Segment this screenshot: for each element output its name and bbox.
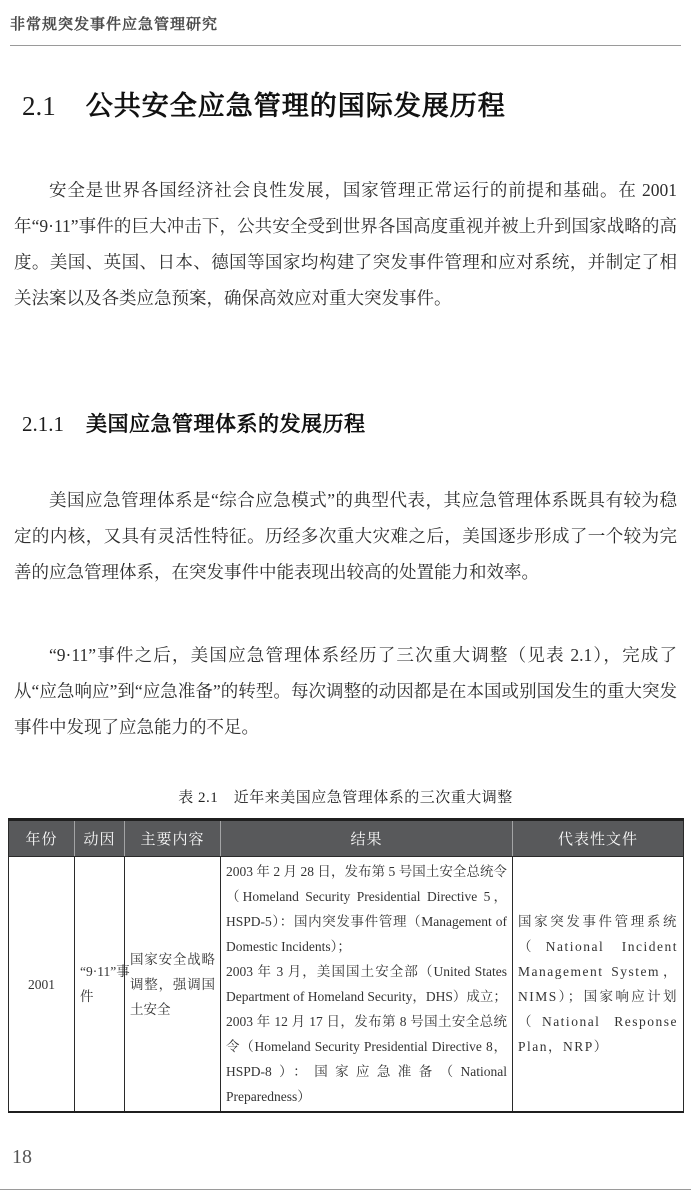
adjustments-table: 年份 动因 主要内容 结果 代表性文件 2001 “9·11”事件 国家安全战略… bbox=[8, 818, 684, 1113]
footer-rule bbox=[0, 1189, 691, 1190]
cell-year: 2001 bbox=[9, 857, 75, 1113]
subsection-number: 2.1.1 bbox=[22, 412, 64, 437]
book-page: { "page": { "running_head": "非常规突发事件应急管理… bbox=[0, 0, 691, 1193]
table-row: 2001 “9·11”事件 国家安全战略调整，强调国土安全 2003 年 2 月… bbox=[9, 857, 684, 1113]
subsection-heading: 2.1.1 美国应急管理体系的发展历程 bbox=[22, 408, 681, 438]
cell-result: 2003 年 2 月 28 日，发布第 5 号国土安全总统令（Homeland … bbox=[221, 857, 513, 1113]
table-header-row: 年份 动因 主要内容 结果 代表性文件 bbox=[9, 820, 684, 857]
running-head: 非常规突发事件应急管理研究 bbox=[10, 13, 681, 46]
col-header-year: 年份 bbox=[9, 820, 75, 857]
cell-main-content: 国家安全战略调整，强调国土安全 bbox=[125, 857, 221, 1113]
subsection-title: 美国应急管理体系的发展历程 bbox=[86, 408, 366, 438]
col-header-trigger: 动因 bbox=[75, 820, 125, 857]
subsection-paragraph-2: “9·11”事件之后，美国应急管理体系经历了三次重大调整（见表 2.1），完成了… bbox=[14, 637, 677, 745]
section-intro-paragraph: 安全是世界各国经济社会良性发展，国家管理正常运行的前提和基础。在 2001 年“… bbox=[14, 172, 677, 316]
page-number: 18 bbox=[12, 1146, 32, 1169]
col-header-main-content: 主要内容 bbox=[125, 820, 221, 857]
cell-representative-documents: 国家突发事件管理系统（National Incident Management … bbox=[513, 857, 684, 1113]
col-header-representative-documents: 代表性文件 bbox=[513, 820, 684, 857]
cell-trigger: “9·11”事件 bbox=[75, 857, 125, 1113]
section-heading: 2.1 公共安全应急管理的国际发展历程 bbox=[22, 84, 681, 123]
subsection-paragraph-1: 美国应急管理体系是“综合应急模式”的典型代表，其应急管理体系既具有较为稳定的内核… bbox=[14, 482, 677, 590]
col-header-result: 结果 bbox=[221, 820, 513, 857]
table-caption: 表 2.1 近年来美国应急管理体系的三次重大调整 bbox=[0, 786, 691, 807]
section-number: 2.1 bbox=[22, 91, 56, 122]
table-2-1: 年份 动因 主要内容 结果 代表性文件 2001 “9·11”事件 国家安全战略… bbox=[8, 818, 683, 1113]
section-title: 公共安全应急管理的国际发展历程 bbox=[86, 84, 506, 123]
